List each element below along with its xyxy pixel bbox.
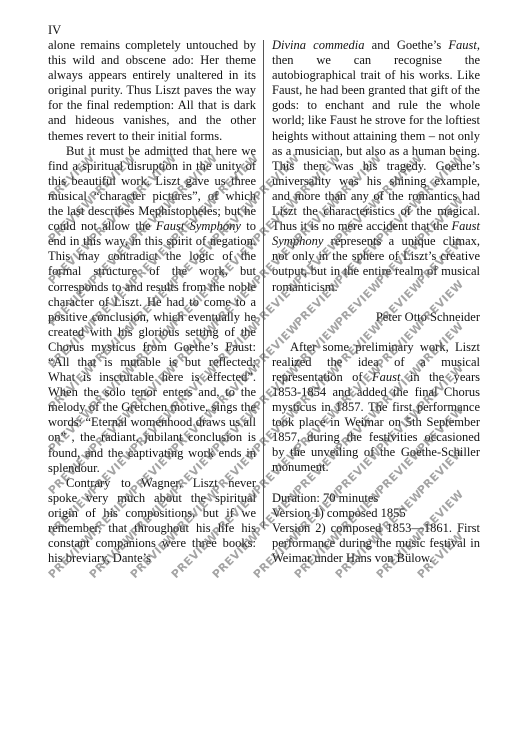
work-title: Faust Symphony [156, 219, 241, 233]
version-line: Version 2) composed 1853—1861. First per… [272, 521, 480, 566]
spacer [272, 476, 480, 491]
page-number: IV [48, 22, 61, 38]
column-divider [263, 40, 264, 528]
paragraph: Divina commedia and Goethe’s Faust, then… [272, 38, 480, 295]
paragraph: After some preliminary work, Liszt reali… [272, 340, 480, 476]
work-title: Divina commedia [272, 38, 365, 52]
author-signature: Peter Otto Schneider [272, 310, 480, 325]
work-title: Faust [372, 370, 400, 384]
version-line: Version 1) composed 1855 [272, 506, 480, 521]
right-column: Divina commedia and Goethe’s Faust, then… [272, 38, 480, 566]
paragraph: Contrary to Wagner, Liszt never spoke ve… [48, 476, 256, 567]
paragraph: alone remains completely untouched by th… [48, 38, 256, 144]
paragraph: But it must be admitted that here we fin… [48, 144, 256, 476]
duration-line: Duration: 70 minutes [272, 491, 480, 506]
left-column: alone remains completely untouched by th… [48, 38, 256, 566]
work-title: Faust [448, 38, 476, 52]
